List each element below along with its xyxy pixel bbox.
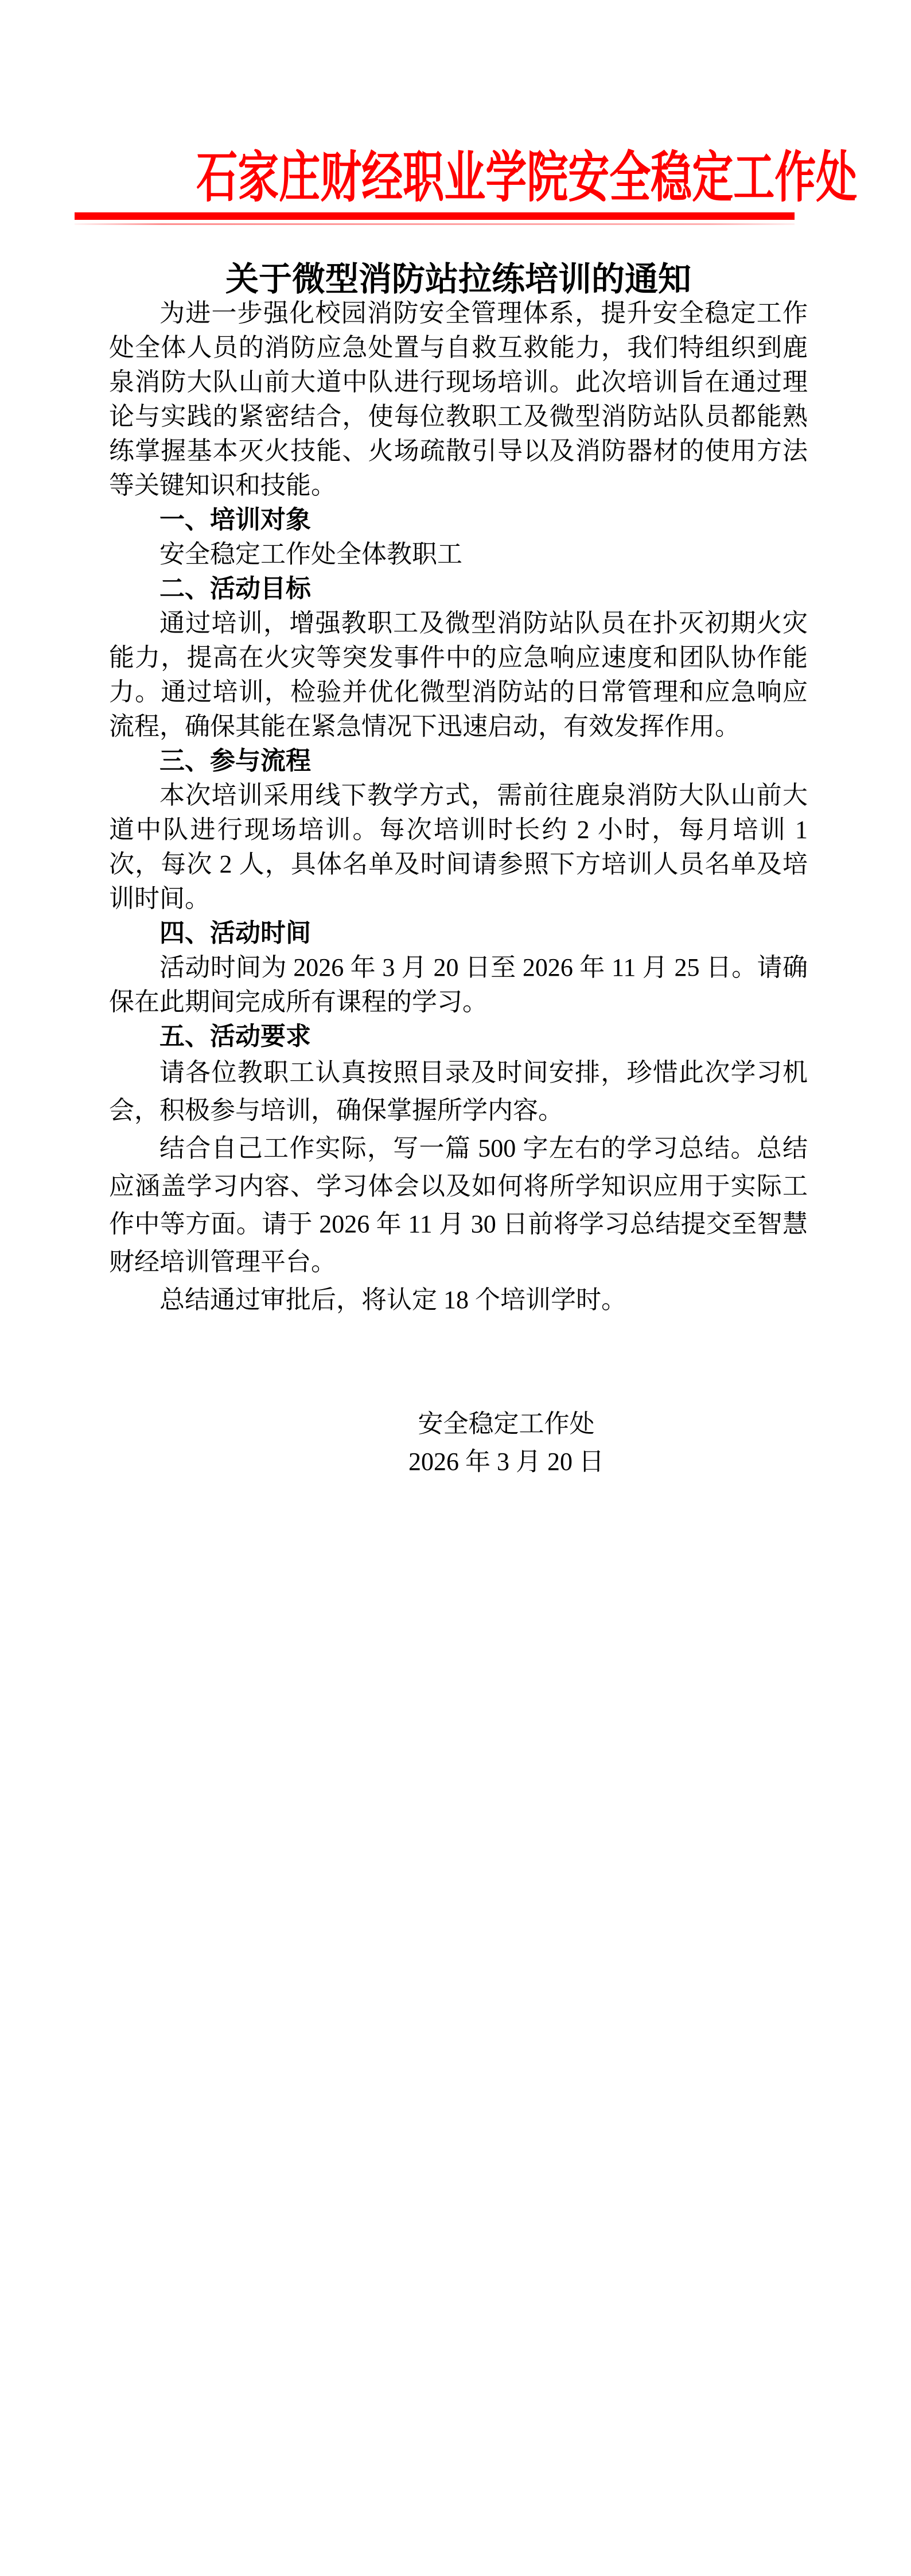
section-paragraph: 活动时间为 2026 年 3 月 20 日至 2026 年 11 月 25 日。… [109, 951, 808, 1019]
header-banner: 石家庄财经职业学院安全稳定工作处 [196, 150, 721, 205]
document-content: 石家庄财经职业学院安全稳定工作处 关于微型消防站拉练培训的通知 为进一步强化校园… [0, 0, 911, 1481]
section-heading-activity-time: 四、活动时间 [109, 916, 808, 951]
section-heading-activity-goal: 二、活动目标 [109, 572, 808, 606]
section-paragraph: 本次培训采用线下教学方式，需前往鹿泉消防大队山前大道中队进行现场培训。每次培训时… [109, 778, 808, 916]
signature-date: 2026 年 3 月 20 日 [408, 1443, 604, 1481]
signature-block: 安全稳定工作处 2026 年 3 月 20 日 [408, 1405, 604, 1481]
intro-paragraph: 为进一步强化校园消防安全管理体系，提升安全稳定工作处全体人员的消防应急处置与自救… [109, 296, 808, 503]
section-paragraph: 结合自己工作实际，写一篇 500 字左右的学习总结。总结应涵盖学习内容、学习体会… [109, 1130, 808, 1281]
section-heading-activity-requirements: 五、活动要求 [109, 1019, 808, 1054]
page-title: 关于微型消防站拉练培训的通知 [109, 263, 808, 296]
section-paragraph: 请各位教职工认真按照目录及时间安排，珍惜此次学习机会，积极参与培训，确保掌握所学… [109, 1054, 808, 1130]
section-paragraph: 通过培训，增强教职工及微型消防站队员在扑灭初期火灾能力，提高在火灾等突发事件中的… [109, 606, 808, 744]
section-paragraph: 安全稳定工作处全体教职工 [109, 537, 808, 572]
red-divider-thin [75, 223, 795, 225]
red-divider-thick [75, 212, 795, 220]
section-paragraph: 总结通过审批后，将认定 18 个培训学时。 [109, 1281, 808, 1319]
section-heading-training-target: 一、培训对象 [109, 503, 808, 537]
signature-org: 安全稳定工作处 [408, 1405, 604, 1443]
notice-document: 石家庄财经职业学院安全稳定工作处 关于微型消防站拉练培训的通知 为进一步强化校园… [0, 0, 911, 2576]
section-heading-participation-process: 三、参与流程 [109, 744, 808, 778]
section-activity-requirements: 五、活动要求 请各位教职工认真按照目录及时间安排，珍惜此次学习机会，积极参与培训… [109, 1019, 808, 1319]
